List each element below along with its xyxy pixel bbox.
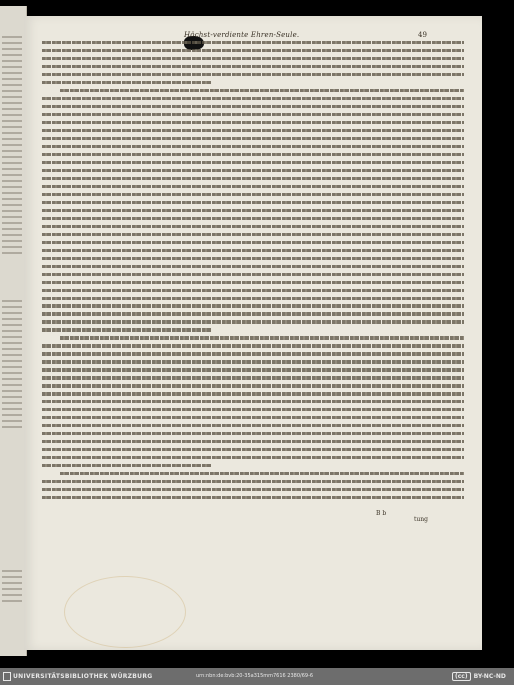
- text-line: [42, 281, 464, 284]
- left-page-text-line: [2, 426, 22, 428]
- text-line: [42, 41, 464, 44]
- left-page-text-line: [2, 408, 22, 410]
- library-logo[interactable]: UNIVERSITÄTSBIBLIOTHEK WÜRZBURG: [3, 672, 153, 681]
- left-page-text-line: [2, 384, 22, 386]
- text-line: [42, 113, 464, 116]
- text-line: [42, 320, 464, 323]
- text-line: [42, 312, 464, 315]
- text-line: [42, 360, 464, 363]
- text-line: [42, 81, 211, 84]
- left-page-text-line: [2, 108, 22, 110]
- creative-commons-icon: (cc): [452, 672, 471, 681]
- text-line: [42, 97, 464, 100]
- left-page-text-line: [2, 420, 22, 422]
- left-page-text-line: [2, 42, 22, 44]
- left-page-text-line: [2, 402, 22, 404]
- text-line: [42, 328, 211, 331]
- text-line: [42, 416, 464, 419]
- left-page-text-line: [2, 198, 22, 200]
- text-line: [60, 472, 464, 475]
- left-page-text-line: [2, 228, 22, 230]
- left-page-text-line: [2, 84, 22, 86]
- left-page-text-line: [2, 300, 22, 302]
- text-line: [42, 161, 464, 164]
- text-line: [42, 145, 464, 148]
- left-page-text-line: [2, 366, 22, 368]
- left-page-text-line: [2, 156, 22, 158]
- left-page-text-line: [2, 576, 22, 578]
- left-page-text-line: [2, 54, 22, 56]
- left-page-text-line: [2, 78, 22, 80]
- left-page-text-line: [2, 150, 22, 152]
- left-page-text-line: [2, 588, 22, 590]
- text-line: [42, 249, 464, 252]
- water-stain: [64, 576, 186, 648]
- left-page-text-line: [2, 132, 22, 134]
- text-line: [42, 304, 464, 307]
- left-page-text-line: [2, 186, 22, 188]
- text-line: [42, 57, 464, 60]
- text-line: [42, 464, 211, 467]
- left-page-text-line: [2, 354, 22, 356]
- text-line: [42, 265, 464, 268]
- text-line: [42, 49, 464, 52]
- text-line: [42, 153, 464, 156]
- left-page-text-line: [2, 162, 22, 164]
- left-page-text-line: [2, 306, 22, 308]
- left-page-text-line: [2, 396, 22, 398]
- text-line: [42, 384, 464, 387]
- text-line: [42, 456, 464, 459]
- text-line: [60, 89, 464, 92]
- left-page-text-line: [2, 582, 22, 584]
- viewer-footer-bar: UNIVERSITÄTSBIBLIOTHEK WÜRZBURG urn:nbn:…: [0, 668, 514, 685]
- catchword: tung: [414, 516, 428, 523]
- text-line: [42, 65, 464, 68]
- running-head: Höchst-verdiente Ehren-Seule.: [184, 31, 299, 39]
- text-line: [42, 241, 464, 244]
- text-line: [42, 424, 464, 427]
- left-page-text-line: [2, 36, 22, 38]
- left-page-text-line: [2, 246, 22, 248]
- left-page-text-line: [2, 336, 22, 338]
- left-page-text-line: [2, 330, 22, 332]
- license-label: BY-NC-ND: [474, 673, 506, 680]
- left-page-text-line: [2, 342, 22, 344]
- text-line: [42, 408, 464, 411]
- left-page-text-line: [2, 570, 22, 572]
- text-line: [42, 289, 464, 292]
- text-line: [42, 480, 464, 483]
- left-page-text-line: [2, 348, 22, 350]
- left-page-text-line: [2, 144, 22, 146]
- left-page-text-line: [2, 216, 22, 218]
- text-line: [42, 257, 464, 260]
- left-page-text-line: [2, 414, 22, 416]
- text-line: [42, 185, 464, 188]
- text-line: [42, 376, 464, 379]
- library-name: UNIVERSITÄTSBIBLIOTHEK WÜRZBURG: [13, 673, 153, 680]
- left-page-text-line: [2, 312, 22, 314]
- text-line: [42, 233, 464, 236]
- text-line: [42, 121, 464, 124]
- adjacent-left-page: [0, 6, 27, 656]
- signature-mark: B b: [376, 510, 386, 517]
- text-line: [42, 193, 464, 196]
- left-page-text-line: [2, 180, 22, 182]
- left-page-text-line: [2, 210, 22, 212]
- text-line: [42, 177, 464, 180]
- text-line: [42, 352, 464, 355]
- library-logo-icon: [3, 672, 11, 681]
- left-page-text-line: [2, 48, 22, 50]
- text-line: [42, 448, 464, 451]
- license-link[interactable]: (cc)BY-NC-ND: [452, 672, 506, 681]
- left-page-text-line: [2, 204, 22, 206]
- left-page-text-line: [2, 222, 22, 224]
- text-line: [60, 336, 464, 339]
- left-page-text-line: [2, 60, 22, 62]
- text-line: [42, 201, 464, 204]
- left-page-text-line: [2, 174, 22, 176]
- left-page-text-line: [2, 252, 22, 254]
- text-line: [42, 400, 464, 403]
- text-line: [42, 392, 464, 395]
- left-page-text-line: [2, 390, 22, 392]
- text-line: [42, 169, 464, 172]
- book-page: Höchst-verdiente Ehren-Seule. 49 B b tun…: [24, 16, 482, 650]
- left-page-text-line: [2, 90, 22, 92]
- left-page-text-line: [2, 102, 22, 104]
- text-line: [42, 137, 464, 140]
- left-page-text-line: [2, 72, 22, 74]
- page-number: 49: [418, 31, 427, 39]
- left-page-text-line: [2, 126, 22, 128]
- fraktur-text-block: [42, 41, 464, 504]
- left-page-text-line: [2, 600, 22, 602]
- text-line: [42, 105, 464, 108]
- text-line: [42, 217, 464, 220]
- left-page-text-line: [2, 96, 22, 98]
- left-page-text-line: [2, 66, 22, 68]
- left-page-text-line: [2, 372, 22, 374]
- urn-identifier[interactable]: urn:nbn:de:bvb:20-35a315mm7616 2380/69-6: [196, 673, 313, 679]
- left-page-text-line: [2, 138, 22, 140]
- text-line: [42, 440, 464, 443]
- text-line: [42, 432, 464, 435]
- left-page-text-line: [2, 120, 22, 122]
- text-line: [42, 225, 464, 228]
- left-page-text-line: [2, 360, 22, 362]
- text-line: [42, 368, 464, 371]
- left-page-text-line: [2, 594, 22, 596]
- left-page-text-line: [2, 192, 22, 194]
- left-page-text-line: [2, 168, 22, 170]
- left-page-text-line: [2, 324, 22, 326]
- left-page-text-line: [2, 240, 22, 242]
- text-line: [42, 73, 464, 76]
- text-line: [42, 344, 464, 347]
- left-page-text-line: [2, 318, 22, 320]
- text-line: [42, 496, 464, 499]
- text-line: [42, 297, 464, 300]
- left-page-text-line: [2, 114, 22, 116]
- text-line: [42, 129, 464, 132]
- text-line: [42, 488, 464, 491]
- text-line: [42, 273, 464, 276]
- left-page-text-line: [2, 378, 22, 380]
- left-page-text-line: [2, 234, 22, 236]
- text-line: [42, 209, 464, 212]
